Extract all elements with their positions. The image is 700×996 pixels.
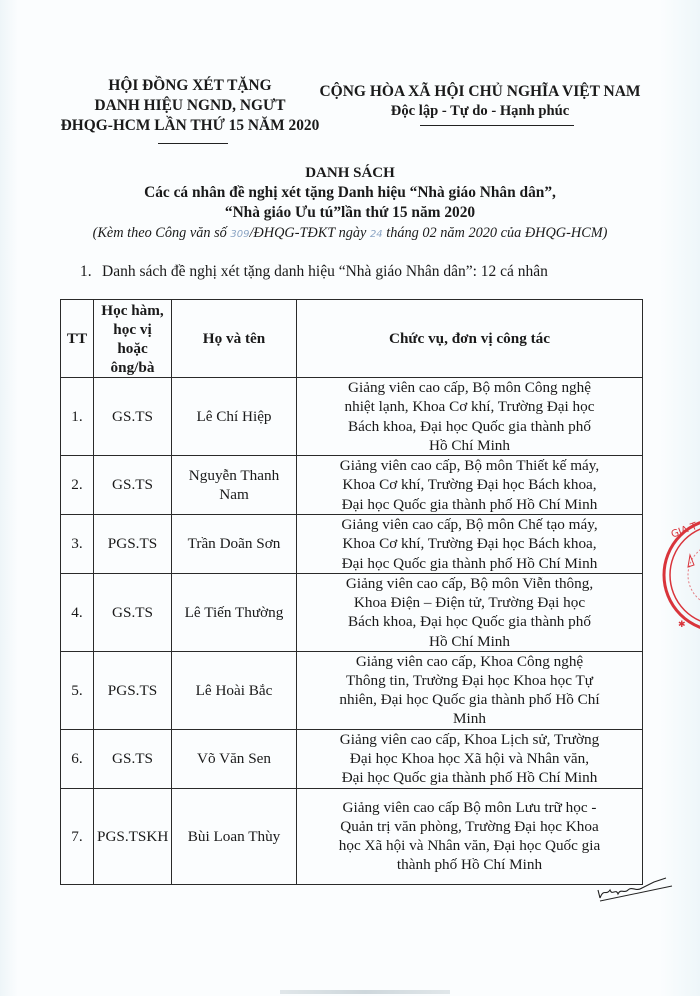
table-row: 5.PGS.TSLê Hoài BắcGiảng viên cao cấp, K…: [61, 651, 643, 729]
position-line: Hồ Chí Minh: [300, 632, 639, 651]
person-name: Nguyễn Thanh Nam: [172, 456, 297, 515]
scan-edge-right: [660, 0, 700, 996]
position-unit: Giảng viên cao cấp, Khoa Lịch sử, Trường…: [297, 729, 643, 788]
position-line: nhiệt lạnh, Khoa Cơ khí, Trường Đại học: [300, 397, 639, 416]
svg-text:✱: ✱: [678, 620, 686, 630]
position-unit: Giảng viên cao cấp, Bộ môn Công nghệnhiệ…: [297, 378, 643, 456]
position-line: Bách khoa, Đại học Quốc gia thành phố: [300, 612, 639, 631]
column-header-title-line: học vị: [97, 320, 168, 339]
position-line: Giảng viên cao cấp, Bộ môn Công nghệ: [300, 378, 639, 397]
handwritten-day: 24: [370, 229, 383, 240]
column-header-position: Chức vụ, đơn vị công tác: [297, 300, 643, 378]
position-unit: Giảng viên cao cấp, Bộ môn Thiết kế máy,…: [297, 456, 643, 515]
scan-artifact: [280, 990, 450, 994]
position-line: học Xã hội và Nhân văn, Đại học Quốc gia: [300, 836, 639, 855]
position-unit: Giảng viên cao cấp, Bộ môn Chế tạo máy,K…: [297, 515, 643, 574]
academic-title: PGS.TSKH: [94, 788, 172, 884]
position-line: nhiên, Đại học Quốc gia thành phố Hồ Chí: [300, 690, 639, 709]
scan-edge-left: [0, 0, 18, 996]
section-number: 1.: [80, 262, 102, 282]
national-header: CỘNG HÒA XÃ HỘI CHỦ NGHĨA VIỆT NAM Độc l…: [300, 82, 660, 121]
position-unit: Giảng viên cao cấp, Bộ môn Viễn thông,Kh…: [297, 574, 643, 652]
row-number: 7.: [61, 788, 94, 884]
position-line: Đại học Quốc gia thành phố Hồ Chí Minh: [300, 768, 639, 787]
document-subtitle-line-1: Các cá nhân đề nghị xét tặng Danh hiệu “…: [40, 183, 660, 203]
document-title: DANH SÁCH: [40, 163, 660, 183]
position-line: Đại học Khoa học Xã hội và Nhân văn,: [300, 749, 639, 768]
row-number: 3.: [61, 515, 94, 574]
column-header-title-line: ông/bà: [97, 358, 168, 377]
person-name: Lê Hoài Bắc: [172, 651, 297, 729]
position-line: Bách khoa, Đại học Quốc gia thành phố: [300, 417, 639, 436]
column-header-title-line: hoặc: [97, 339, 168, 358]
position-line: Khoa Cơ khí, Trường Đại học Bách khoa,: [300, 534, 639, 553]
country-name: CỘNG HÒA XÃ HỘI CHỦ NGHĨA VIỆT NAM: [300, 82, 660, 102]
academic-title: GS.TS: [94, 574, 172, 652]
academic-title: GS.TS: [94, 456, 172, 515]
column-header-tt: TT: [61, 300, 94, 378]
document-reference: (Kèm theo Công văn số 309/ĐHQG-TĐKT ngày…: [40, 223, 660, 245]
position-unit: Giảng viên cao cấp, Khoa Công nghệThông …: [297, 651, 643, 729]
academic-title: GS.TS: [94, 378, 172, 456]
reference-mid: /ĐHQG-TĐKT ngày: [249, 225, 369, 241]
position-line: Đại học Quốc gia thành phố Hồ Chí Minh: [300, 495, 639, 514]
nominee-table: TT Học hàm, học vị hoặc ông/bà Họ và tên…: [60, 299, 643, 885]
header-left-underline: [158, 143, 228, 144]
row-number: 2.: [61, 456, 94, 515]
column-header-title: Học hàm, học vị hoặc ông/bà: [94, 300, 172, 378]
document-title-block: DANH SÁCH Các cá nhân đề nghị xét tặng D…: [40, 163, 660, 245]
handwritten-reference-number: 309: [230, 229, 249, 240]
position-line: thành phố Hồ Chí Minh: [300, 855, 639, 874]
table-row: 1.GS.TSLê Chí HiệpGiảng viên cao cấp, Bộ…: [61, 378, 643, 456]
signature-mark: [594, 870, 674, 902]
position-line: Giảng viên cao cấp, Khoa Lịch sử, Trường: [300, 730, 639, 749]
issuing-body-line-2: DANH HIỆU NGND, NGƯT: [40, 96, 340, 116]
position-line: Khoa Cơ khí, Trường Đại học Bách khoa,: [300, 475, 639, 494]
motto-underline: [420, 125, 574, 126]
section-heading-text: Danh sách đề nghị xét tặng danh hiệu “Nh…: [102, 263, 548, 280]
row-number: 4.: [61, 574, 94, 652]
table-row: 4.GS.TSLê Tiến ThườngGiảng viên cao cấp,…: [61, 574, 643, 652]
person-name: Bùi Loan Thùy: [172, 788, 297, 884]
red-seal-stamp: GIA T ✱: [660, 505, 700, 645]
position-line: Giảng viên cao cấp, Khoa Công nghệ: [300, 652, 639, 671]
reference-suffix: tháng 02 năm 2020 của ĐHQG-HCM): [383, 225, 608, 241]
position-line: Minh: [300, 709, 639, 728]
position-line: Giảng viên cao cấp, Bộ môn Viễn thông,: [300, 574, 639, 593]
academic-title: PGS.TS: [94, 515, 172, 574]
position-line: Khoa Điện – Điện tử, Trường Đại học: [300, 593, 639, 612]
row-number: 1.: [61, 378, 94, 456]
national-motto: Độc lập - Tự do - Hạnh phúc: [300, 102, 660, 121]
column-header-name: Họ và tên: [172, 300, 297, 378]
seal-text: GIA T: [670, 521, 700, 541]
table-row: 6.GS.TSVõ Văn SenGiảng viên cao cấp, Kho…: [61, 729, 643, 788]
row-number: 6.: [61, 729, 94, 788]
column-header-title-line: Học hàm,: [97, 301, 168, 320]
position-line: Hồ Chí Minh: [300, 436, 639, 455]
issuing-body-line-3: ĐHQG-HCM LẦN THỨ 15 NĂM 2020: [40, 116, 340, 136]
reference-prefix: (Kèm theo Công văn số: [93, 225, 231, 241]
issuing-body-line-1: HỘI ĐỒNG XÉT TẶNG: [40, 76, 340, 96]
table-row: 7.PGS.TSKHBùi Loan ThùyGiảng viên cao cấ…: [61, 788, 643, 884]
row-number: 5.: [61, 651, 94, 729]
issuing-body-header: HỘI ĐỒNG XÉT TẶNG DANH HIỆU NGND, NGƯT Đ…: [40, 76, 340, 136]
section-heading: 1.Danh sách đề nghị xét tặng danh hiệu “…: [80, 262, 548, 282]
position-line: Đại học Quốc gia thành phố Hồ Chí Minh: [300, 554, 639, 573]
position-line: Quản trị văn phòng, Trường Đại học Khoa: [300, 817, 639, 836]
person-name: Lê Tiến Thường: [172, 574, 297, 652]
academic-title: GS.TS: [94, 729, 172, 788]
person-name: Trần Doãn Sơn: [172, 515, 297, 574]
position-line: Giảng viên cao cấp, Bộ môn Thiết kế máy,: [300, 456, 639, 475]
table-row: 3.PGS.TSTrần Doãn SơnGiảng viên cao cấp,…: [61, 515, 643, 574]
academic-title: PGS.TS: [94, 651, 172, 729]
person-name: Lê Chí Hiệp: [172, 378, 297, 456]
position-line: Thông tin, Trường Đại học Khoa học Tự: [300, 671, 639, 690]
table-row: 2.GS.TSNguyễn Thanh NamGiảng viên cao cấ…: [61, 456, 643, 515]
document-subtitle-line-2: “Nhà giáo Ưu tú”lần thứ 15 năm 2020: [40, 203, 660, 223]
table-header-row: TT Học hàm, học vị hoặc ông/bà Họ và tên…: [61, 300, 643, 378]
position-unit: Giảng viên cao cấp Bộ môn Lưu trữ học -Q…: [297, 788, 643, 884]
position-line: Giảng viên cao cấp, Bộ môn Chế tạo máy,: [300, 515, 639, 534]
position-line: Giảng viên cao cấp Bộ môn Lưu trữ học -: [300, 798, 639, 817]
person-name: Võ Văn Sen: [172, 729, 297, 788]
